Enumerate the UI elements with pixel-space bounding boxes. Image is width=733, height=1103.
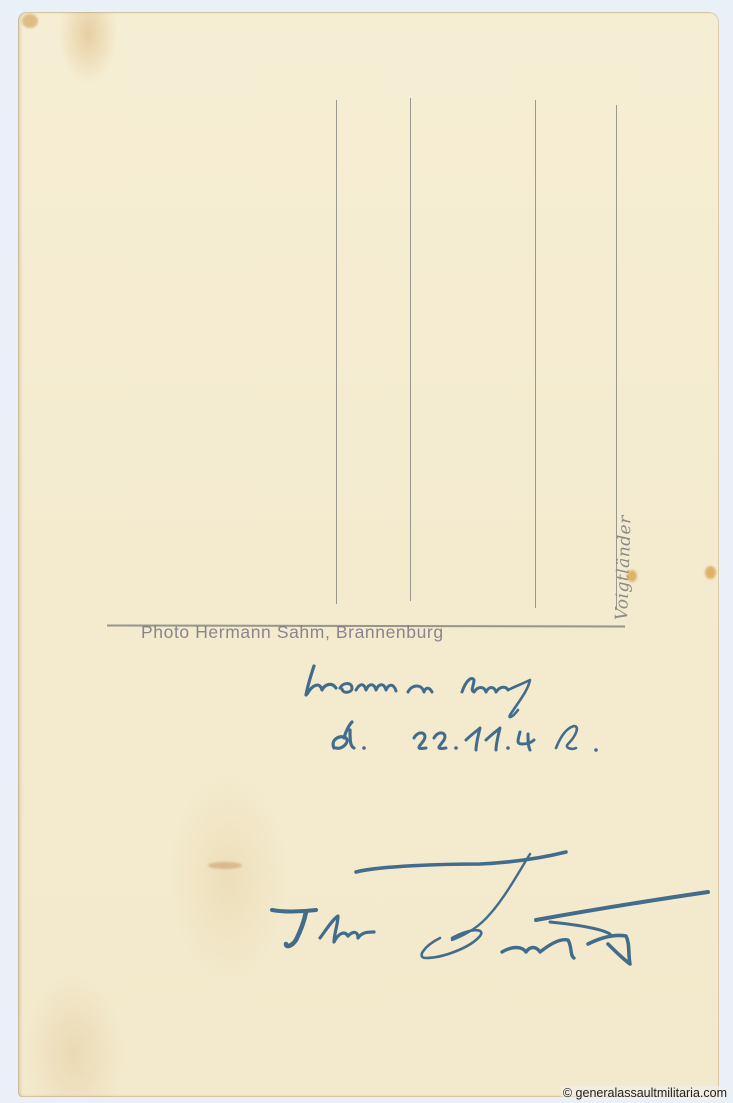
ink-strokes bbox=[0, 0, 733, 1103]
copyright-watermark: © generalassaultmilitaria.com bbox=[561, 1086, 729, 1100]
